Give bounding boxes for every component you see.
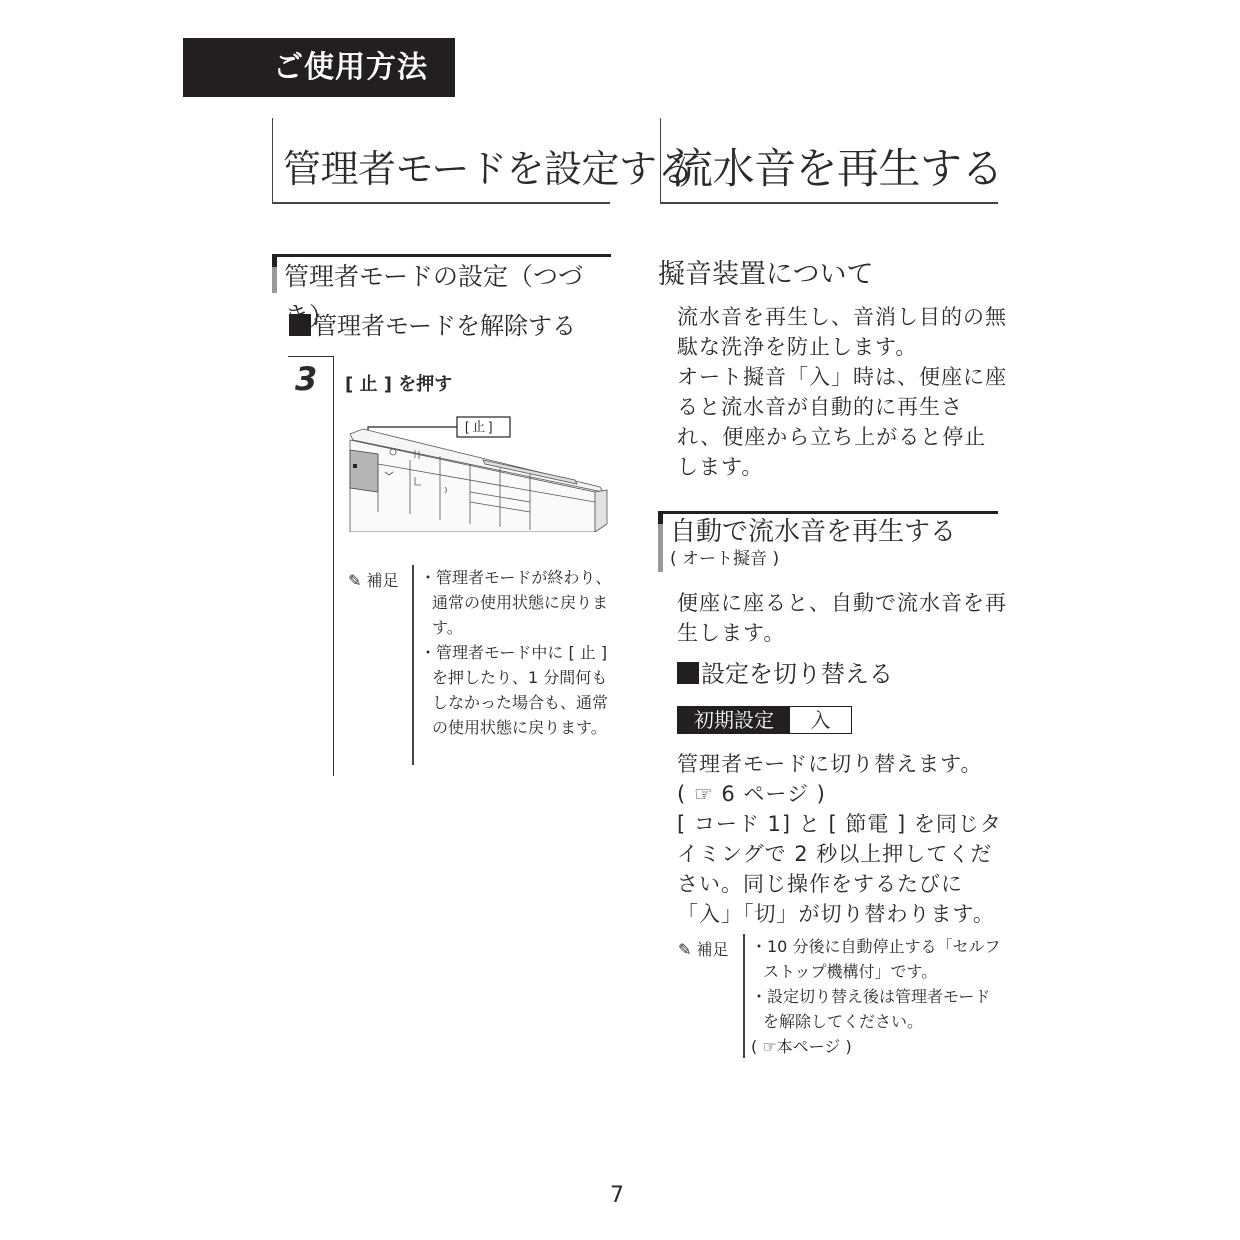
section-heading-text: 設定を切り替える: [701, 660, 893, 688]
section-heading-right: 設定を切り替える: [677, 662, 893, 686]
note-item: ・10 分後に自動停止する「セルフストップ機構付」です。: [751, 934, 1005, 984]
step-number: 3: [295, 360, 317, 398]
svg-text:[ 止 ]: [ 止 ]: [465, 419, 492, 434]
page-title-right: 流水音を再生する: [660, 118, 998, 204]
subheading-description: 便座に座ると、自動で流水音を再生します。: [677, 588, 1007, 648]
intro-paragraph: 流水音を再生し、音消し目的の無駄な洗浄を防止します。: [677, 302, 1007, 362]
steps-text: 管理者モードに切り替えます。 ( ☞ 6 ページ ) [ コード 1] と [ …: [677, 749, 1007, 929]
square-bullet-icon: [289, 314, 311, 336]
heading-right: 擬音装置について: [658, 252, 873, 291]
note-body-right: ・10 分後に自動停止する「セルフストップ機構付」です。 ・設定切り替え後は管理…: [743, 934, 1005, 1058]
section-heading-text: 管理者モードを解除する: [313, 312, 576, 340]
pencil-icon: ✎: [348, 571, 361, 590]
note-item: ・設定切り替え後は管理者モードを解除してください。: [751, 984, 1005, 1034]
control-panel-illustration: [ 止 ]: [345, 412, 610, 532]
intro-paragraph: オート擬音「入」時は、便座に座ると流水音が自動的に再生され、便座から立ち上がると…: [677, 362, 1007, 482]
note-body-left: ・管理者モードが終わり、通常の使用状態に戻ります。 ・管理者モード中に [ 止 …: [412, 565, 612, 765]
initial-setting-label: 初期設定: [678, 707, 790, 733]
subheading-subtitle: ( オート擬音 ): [670, 550, 998, 568]
initial-setting-value: 入: [790, 707, 851, 733]
section-heading-left: 管理者モードを解除する: [289, 314, 576, 338]
note-label-right: ✎ 補足: [678, 937, 729, 960]
page-number: 7: [610, 1183, 624, 1208]
step-line: [ コード 1] と [ 節電 ] を同じタイミングで 2 秒以上押してください…: [677, 809, 1007, 929]
page-reference-link[interactable]: ( ☞ 6 ページ ): [677, 779, 1007, 809]
heading-bar-accent: [658, 514, 663, 524]
step-line: 管理者モードに切り替えます。: [677, 749, 1007, 779]
section-banner: ご使用方法: [183, 38, 455, 97]
note-item: ・管理者モード中に [ 止 ] を押したり、1 分間何もしなかった場合も、通常の…: [420, 640, 612, 740]
intro-text: 流水音を再生し、音消し目的の無駄な洗浄を防止します。 オート擬音「入」時は、便座…: [677, 302, 1007, 482]
square-bullet-icon: [677, 662, 699, 684]
note-item: ・管理者モードが終わり、通常の使用状態に戻ります。: [420, 565, 612, 640]
step-instruction: [ 止 ] を押す: [345, 370, 452, 396]
pencil-icon: ✎: [678, 940, 691, 959]
step-frame: [288, 356, 334, 776]
note-label-left: ✎ 補足: [348, 568, 399, 591]
initial-setting-badge: 初期設定 入: [677, 706, 852, 734]
banner-title: ご使用方法: [273, 50, 428, 85]
heading-bar-accent: [272, 257, 277, 267]
page-reference-link[interactable]: ( ☞本ページ ): [751, 1034, 1005, 1059]
subheading-title: 自動で流水音を再生する: [670, 514, 998, 550]
subheading-left: 管理者モードの設定（つづき）: [272, 254, 611, 296]
page-title-left: 管理者モードを設定する: [272, 118, 610, 204]
note-label-text: 補足: [367, 571, 399, 590]
subheading-right: 自動で流水音を再生する ( オート擬音 ): [658, 511, 998, 571]
note-label-text: 補足: [697, 940, 729, 959]
